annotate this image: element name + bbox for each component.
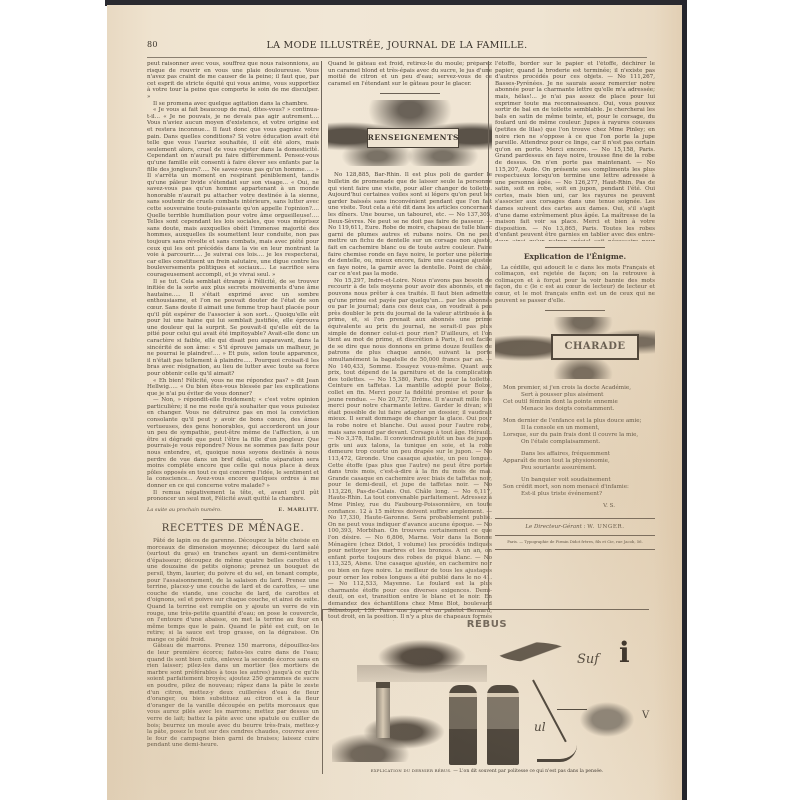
author-name: E. MARLITT. <box>278 507 319 514</box>
rebus-letter-v: V <box>642 710 649 721</box>
rebus-caption-label: EXPLICATION DU DERNIER RÉBUS. <box>371 768 452 773</box>
section-divider <box>545 310 605 311</box>
verse-line: Est-il plus triste événement? <box>503 491 655 498</box>
header-rule <box>147 57 647 58</box>
verse-line: Il la console en un moment, <box>503 425 655 432</box>
scythe-blade <box>537 745 577 762</box>
column-rule <box>322 609 323 774</box>
charade-stanza: Un banquier voit soudainement Son crédit… <box>503 477 655 498</box>
novel-paragraph: Il se promena avec quelque agitation dan… <box>147 101 319 108</box>
recipes-heading: RECETTES DE MÉNAGE. <box>147 526 319 533</box>
verse-line: Cet outil féminin dont la pointe ennemie <box>503 399 655 406</box>
verse-line: On l'étale complaisamment. <box>503 439 655 446</box>
director-label: Le Directeur-Gérant : <box>525 524 585 530</box>
bird-engraving <box>572 697 642 742</box>
recipe-continuation: Quand le gâteau est froid, retirez-le du… <box>328 61 492 87</box>
enigma-heading: Explication de l'Énigme. <box>495 254 655 261</box>
charade-stanza: Dans les affaires, fréquemment Apparaît … <box>503 451 655 472</box>
novel-paragraph: « Eh bien! Félicité, vous ne me répondez… <box>147 378 319 398</box>
rebus-top-rule <box>322 609 649 610</box>
column-enigmes: l'étoffe, border sur le papier et l'étof… <box>488 61 655 609</box>
answers-paragraph: No 15,297, Indre-et-Loire. Nous n'avons … <box>328 278 492 621</box>
rebus-text-suf: Suf <box>577 652 599 667</box>
printer-imprint: Paris. — Typographie de Firmin Didot frè… <box>495 536 655 550</box>
novel-paragraph: « Je vous ai fait beaucoup de mal, dites… <box>147 107 319 278</box>
section-divider <box>380 93 440 94</box>
newspaper-page: 80 LA MODE ILLUSTRÉE, JOURNAL DE LA FAMI… <box>107 5 682 800</box>
verse-line: Menace les doigts constamment. <box>503 406 655 413</box>
answers-paragraph: No 128,885, Bar-Rhin. Il est plus poli d… <box>328 172 492 278</box>
rebus-heading: RÉBUS <box>322 619 652 630</box>
lighthouse-engraving <box>376 682 390 738</box>
column-renseignements: Quand le gâteau est froid, retirez-le du… <box>321 61 492 621</box>
charade-signature: V. S. <box>495 503 655 510</box>
recipe-paragraph: Gâteau de marrons. Prenez 150 marrons, d… <box>147 643 319 749</box>
rope-knot-engraving <box>497 642 572 662</box>
renseignements-heading: RENSEIGNEMENTS <box>367 128 459 148</box>
rebus-caption-text: — L'on dit souvent par politesse ce qui … <box>453 769 603 774</box>
recipe-paragraph: Pâté de lapin ou de garenne. Découpez la… <box>147 538 319 644</box>
director-name: W. UNGER. <box>587 524 624 530</box>
verse-line: Mon dernier de l'enfance est la plus dou… <box>503 418 655 425</box>
charade-stanza: Mon premier, si j'en crois la docte Acad… <box>503 385 655 413</box>
novel-paragraph: — Non, » répondit-elle froidement; « c'e… <box>147 397 319 489</box>
journal-title: LA MODE ILLUSTRÉE, JOURNAL DE LA FAMILLE… <box>147 40 647 51</box>
novel-paragraph: peut raisonner avec vous, souffrez que n… <box>147 61 319 101</box>
shore-engraving <box>332 712 452 762</box>
renseignements-ornament: RENSEIGNEMENTS <box>328 100 492 166</box>
man-figure-right <box>487 685 519 765</box>
novel-signature: La suite au prochain numéro. E. MARLITT. <box>147 507 319 514</box>
section-divider <box>203 519 263 520</box>
rebus-text-ul: ul <box>534 720 546 734</box>
rebus-letter-i: i <box>619 636 630 669</box>
charade-stanza: Mon dernier de l'enfance est la plus dou… <box>503 418 655 446</box>
answers-continued: l'étoffe, border sur le papier et l'étof… <box>495 61 655 241</box>
enigma-text: La cédille, qui adoucit le c dans les mo… <box>495 265 655 305</box>
continuation-note: La suite au prochain numéro. <box>147 507 222 514</box>
novel-paragraph: Il remua négativement la tête, et, avant… <box>147 490 319 503</box>
island-engraving <box>357 640 487 682</box>
charade-heading: CHARADE <box>551 334 639 360</box>
section-divider <box>545 247 605 248</box>
rebus-caption: EXPLICATION DU DERNIER RÉBUS. — L'on dit… <box>322 768 652 774</box>
verse-line: Peu souriante assurément. <box>503 465 655 472</box>
man-figure-left <box>449 685 477 765</box>
page-header: 80 LA MODE ILLUSTRÉE, JOURNAL DE LA FAMI… <box>147 40 647 54</box>
director-line: Le Directeur-Gérant : W. UNGER. <box>495 518 655 537</box>
column-feuilleton: peut raisonner avec vous, souffrez que n… <box>147 61 319 779</box>
rebus-illustration: RÉBUS Suf i ul V EXPLICATION DU DERNIER … <box>322 612 652 777</box>
charade-ornament: CHARADE <box>495 317 655 379</box>
novel-paragraph: Il se tut. Cela semblait étrange à Félic… <box>147 279 319 378</box>
